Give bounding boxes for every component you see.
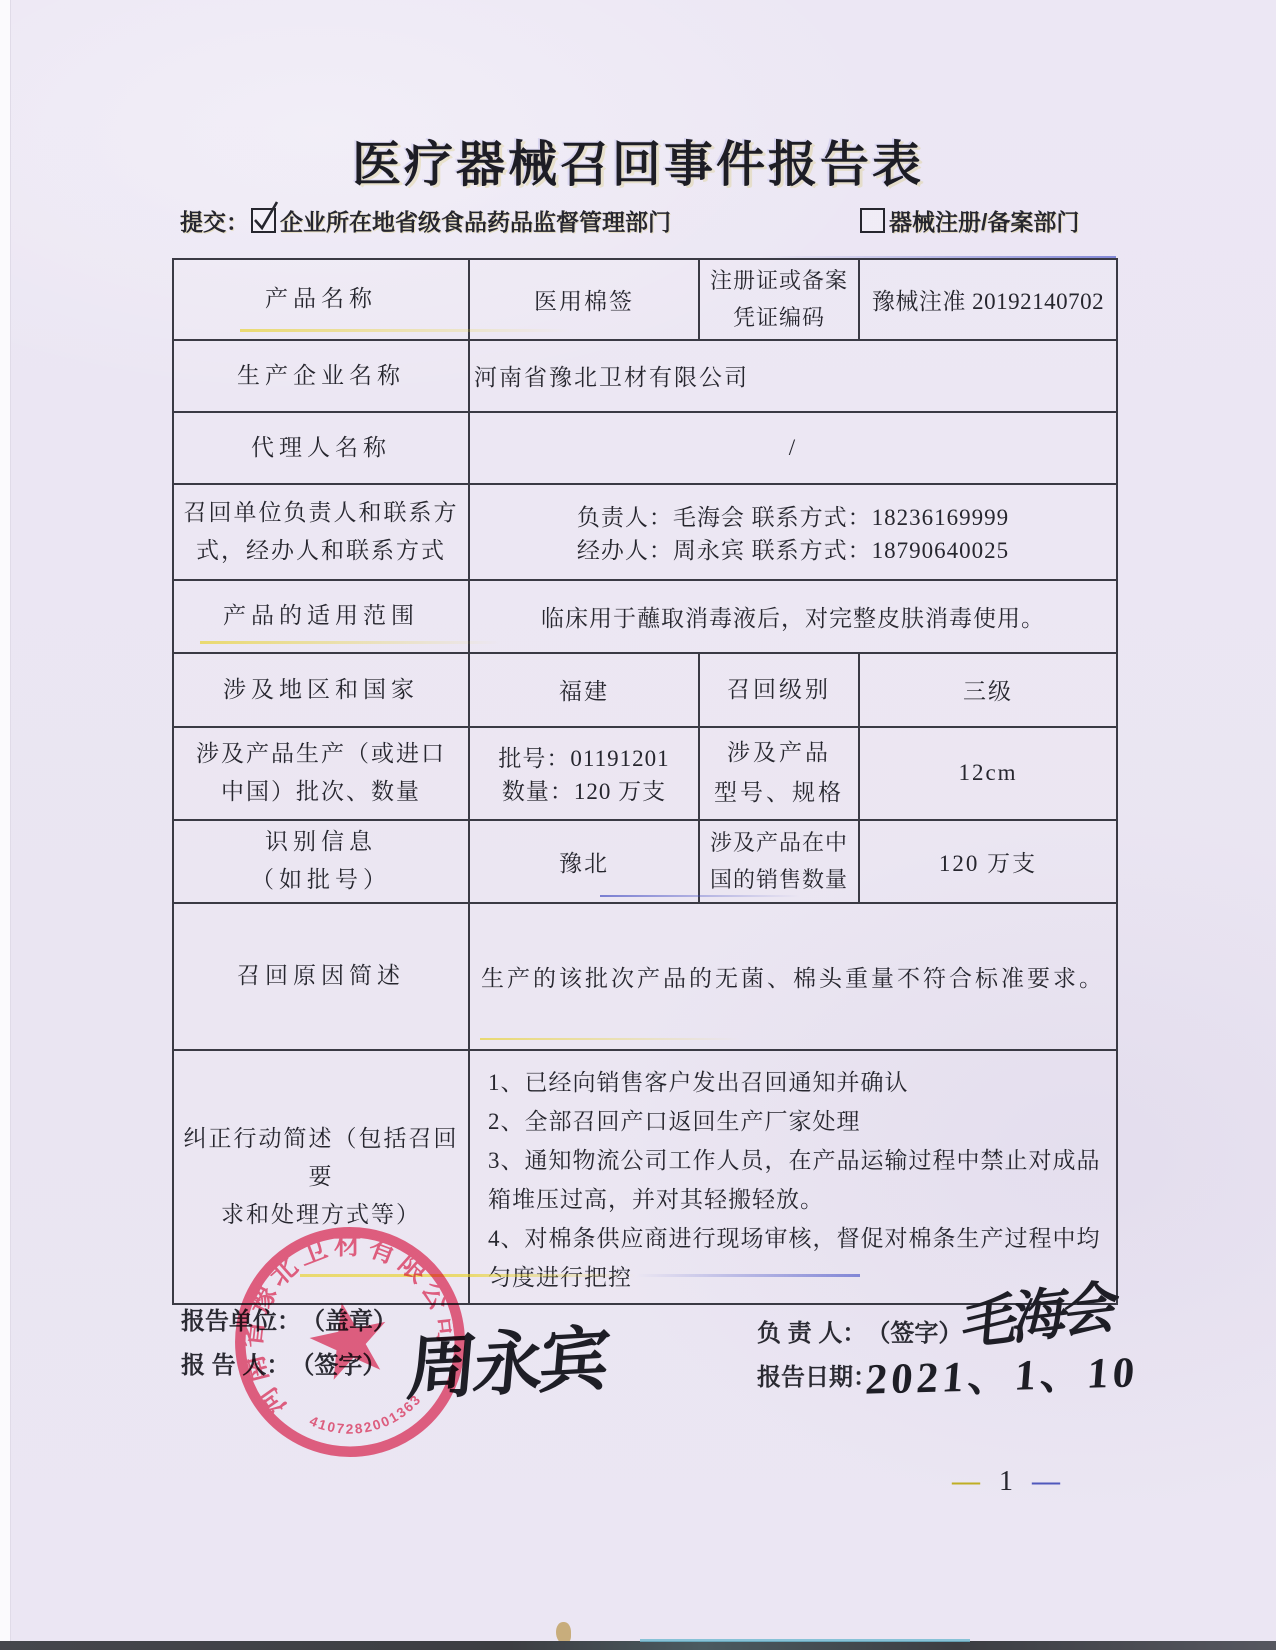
value-model-spec: 12cm (859, 727, 1117, 820)
label-china-sales: 涉及产品在中 国的销售数量 (699, 820, 859, 903)
batch-number: 批号：01191201 (474, 740, 694, 773)
table-row-batches: 涉及产品生产（或进口 中国）批次、数量 批号：01191201 数量：120 万… (173, 727, 1117, 820)
contact-handler: 经办人：周永宾 联系方式：18790640025 (474, 532, 1112, 565)
scanned-recall-report-page: 医疗器械召回事件报告表 提交：企业所在地省级食品药品监督管理部门 器械注册/备案… (0, 0, 1276, 1650)
label-product-name: 产品名称 (173, 259, 469, 340)
batch-quantity: 数量：120 万支 (474, 773, 694, 806)
label-china-sales-line1: 涉及产品在中 (704, 824, 854, 861)
table-row-scope: 产品的适用范围 临床用于蘸取消毒液后，对完整皮肤消毒使用。 (173, 580, 1117, 653)
value-corrective-actions: 1、已经向销售客户发出召回通知并确认 2、全部召回产口返回生产厂家处理 3、通知… (469, 1050, 1117, 1304)
value-registration-no: 豫械注准 20192140702 (859, 259, 1117, 340)
table-row-identification: 识别信息 （如批号） 豫北 涉及产品在中 国的销售数量 120 万支 (173, 820, 1117, 903)
page-number: — 1 — (952, 1466, 1066, 1498)
stamp-star-icon (304, 1294, 395, 1382)
label-regions: 涉及地区和国家 (173, 653, 469, 727)
recall-report-table: 产品名称 医用棉签 注册证或备案 凭证编码 豫械注准 20192140702 生… (172, 258, 1118, 1305)
report-date-label: 报告日期： (757, 1364, 877, 1391)
value-scope: 临床用于蘸取消毒液后，对完整皮肤消毒使用。 (469, 580, 1117, 653)
label-scope: 产品的适用范围 (173, 580, 469, 653)
label-contacts: 召回单位负责人和联系方 式，经办人和联系方式 (173, 484, 469, 580)
checkmark-icon (251, 198, 281, 232)
value-product-name: 医用棉签 (469, 259, 699, 340)
label-china-sales-line2: 国的销售数量 (704, 861, 854, 898)
label-model-spec-line1: 涉及产品 (704, 733, 854, 773)
table-row-manufacturer: 生产企业名称 河南省豫北卫材有限公司 (173, 340, 1117, 412)
value-china-sales: 120 万支 (859, 820, 1117, 903)
checkbox-provincial-fda-checked (251, 208, 276, 233)
value-recall-reason: 生产的该批次产品的无菌、棉头重量不符合标准要求。 (469, 903, 1117, 1050)
submit-option2-label: 器械注册/备案部门 (889, 209, 1079, 235)
corrective-action-item: 3、通知物流公司工作人员，在产品运输过程中禁止对成品箱堆压过高，并对其轻搬轻放。 (488, 1141, 1104, 1219)
label-registration-no: 注册证或备案 凭证编码 (699, 259, 859, 340)
label-model-spec-line2: 型号、规格 (704, 773, 854, 813)
submit-option1-label: 企业所在地省级食品药品监督管理部门 (280, 209, 671, 235)
label-batches: 涉及产品生产（或进口 中国）批次、数量 (173, 727, 469, 820)
label-identification-line2: （如批号） (178, 861, 464, 899)
scanner-edge-bottom (0, 1641, 1276, 1650)
scanner-edge-left (0, 0, 11, 1650)
page-number-dash-left: — (952, 1466, 986, 1497)
company-round-stamp: 河南省豫北卫材有限公司 4107282001363 (206, 1198, 493, 1485)
label-registration-no-line1: 注册证或备案 (704, 262, 854, 299)
label-recall-level: 召回级别 (699, 653, 859, 727)
table-row-contacts: 召回单位负责人和联系方 式，经办人和联系方式 负责人：毛海会 联系方式：1823… (173, 484, 1117, 580)
submit-line: 提交：企业所在地省级食品药品监督管理部门 器械注册/备案部门 (180, 204, 1120, 237)
checkbox-registration-dept-unchecked (860, 208, 885, 233)
label-contacts-line2: 式，经办人和联系方式 (178, 532, 464, 570)
label-recall-reason: 召回原因简述 (173, 903, 469, 1050)
value-batches: 批号：01191201 数量：120 万支 (469, 727, 699, 820)
label-registration-no-line2: 凭证编码 (704, 299, 854, 336)
contact-responsible: 负责人：毛海会 联系方式：18236169999 (474, 499, 1112, 532)
label-contacts-line1: 召回单位负责人和联系方 (178, 494, 464, 532)
label-manufacturer: 生产企业名称 (173, 340, 469, 412)
value-agent: / (469, 412, 1117, 484)
submit-option2: 器械注册/备案部门 (858, 204, 1079, 237)
label-identification: 识别信息 （如批号） (173, 820, 469, 903)
value-contacts: 负责人：毛海会 联系方式：18236169999 经办人：周永宾 联系方式：18… (469, 484, 1117, 580)
label-corrective-actions-line1: 纠正行动简述（包括召回要 (178, 1120, 464, 1196)
label-identification-line1: 识别信息 (178, 823, 464, 861)
corrective-action-item: 1、已经向销售客户发出召回通知并确认 (488, 1063, 1104, 1102)
corrective-action-item: 2、全部召回产口返回生产厂家处理 (488, 1102, 1104, 1141)
page-number-dash-right: — (1032, 1466, 1066, 1497)
submit-label: 提交： (180, 209, 249, 235)
value-regions: 福建 (469, 653, 699, 727)
page-title: 医疗器械召回事件报告表 (0, 126, 1276, 196)
responsible-label: 负 责 人： (757, 1320, 866, 1347)
value-recall-level: 三级 (859, 653, 1117, 727)
label-model-spec: 涉及产品 型号、规格 (699, 727, 859, 820)
table-row-recall-reason: 召回原因简述 生产的该批次产品的无菌、棉头重量不符合标准要求。 (173, 903, 1117, 1050)
table-row-product-name: 产品名称 医用棉签 注册证或备案 凭证编码 豫械注准 20192140702 (173, 259, 1117, 340)
value-manufacturer: 河南省豫北卫材有限公司 (469, 340, 1117, 412)
table-row-agent: 代理人名称 / (173, 412, 1117, 484)
page-number-value: 1 (999, 1466, 1019, 1497)
label-agent: 代理人名称 (173, 412, 469, 484)
label-batches-line1: 涉及产品生产（或进口 (178, 735, 464, 773)
table-row-regions: 涉及地区和国家 福建 召回级别 三级 (173, 653, 1117, 727)
value-identification: 豫北 (469, 820, 699, 903)
handwritten-report-date: 2021、1、10 (864, 1338, 1141, 1406)
label-batches-line2: 中国）批次、数量 (178, 773, 464, 811)
